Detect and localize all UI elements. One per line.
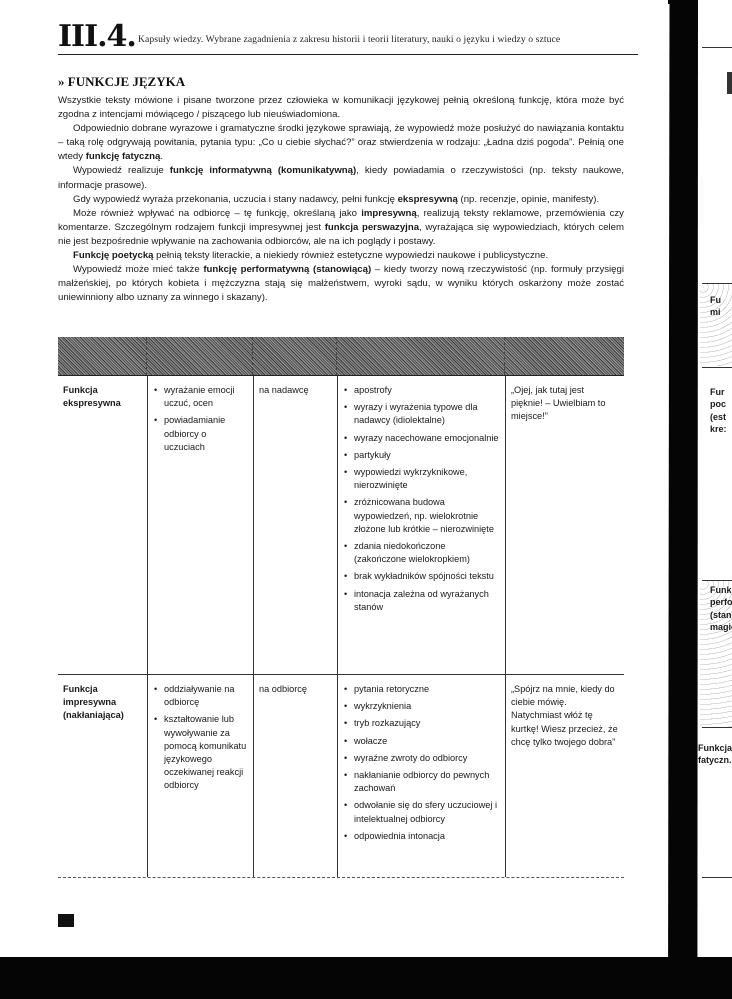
function-purpose: wyrażanie emocji uczuć, ocenpowiadamiani… — [147, 376, 253, 674]
paragraph: Może również wpływać na odbiorcę – tę fu… — [58, 207, 624, 249]
list-item: partykuły — [343, 449, 499, 462]
means-list: apostrofywyrazy i wyrażenia typowe dla n… — [343, 384, 499, 614]
section-title: » FUNKCJE JĘZYKA — [58, 74, 185, 90]
list-item: odpowiednia intonacja — [343, 830, 499, 843]
function-means: apostrofywyrazy i wyrażenia typowe dla n… — [337, 376, 505, 674]
list-item: brak wykładników spójności tekstu — [343, 570, 499, 583]
function-example: „Spójrz na mnie, kiedy do ciebie mówię. … — [505, 675, 624, 877]
book-page: III.4. Kapsuły wiedzy. Wybrane zagadnien… — [0, 0, 668, 957]
paragraph: Wszystkie teksty mówione i pisane tworzo… — [58, 94, 624, 122]
function-purpose: oddziaływanie na odbiorcękształtowanie l… — [147, 675, 253, 877]
adjacent-rule — [702, 367, 732, 368]
list-item: pytania retoryczne — [343, 683, 499, 696]
list-item: powiadamianie odbiorcy o uczuciach — [153, 414, 247, 454]
list-item: wypowiedzi wykrzyknikowe, nierozwinięte — [343, 466, 499, 492]
table-header — [58, 337, 624, 376]
running-title: Kapsuły wiedzy. Wybrane zagadnienia z za… — [138, 34, 560, 45]
adjacent-rule — [702, 877, 732, 878]
list-item: wołacze — [343, 735, 499, 748]
adjacent-rule — [702, 727, 732, 728]
header-cell — [337, 337, 505, 375]
chapter-number: III.4. — [58, 20, 136, 54]
purpose-list: oddziaływanie na odbiorcękształtowanie l… — [153, 683, 247, 793]
table-row: Funkcja ekspresywna wyrażanie emocji ucz… — [58, 376, 624, 675]
paragraph: Gdy wypowiedź wyraża przekonania, uczuci… — [58, 193, 624, 207]
running-head: III.4. Kapsuły wiedzy. Wybrane zagadnien… — [58, 20, 638, 55]
header-cell — [253, 337, 337, 375]
list-item: apostrofy — [343, 384, 499, 397]
list-item: wykrzyknienia — [343, 700, 499, 713]
adjacent-marker — [727, 72, 732, 94]
list-item: kształtowanie lub wywoływanie za pomocą … — [153, 713, 247, 792]
table-row: Funkcja impresywna (nakłaniająca) oddzia… — [58, 675, 624, 878]
adjacent-fragment: Funkcja fatyczn. — [698, 742, 732, 767]
adjacent-fragment: Fu mi — [710, 294, 721, 319]
function-focus: na odbiorcę — [253, 675, 337, 877]
header-cell — [505, 337, 624, 375]
header-cell — [58, 337, 147, 375]
list-item: odwołanie się do sfery uczuciowej i inte… — [343, 799, 499, 825]
list-item: zróżnicowana budowa wypowiedzeń, np. wie… — [343, 496, 499, 536]
function-name: Funkcja ekspresywna — [58, 376, 147, 674]
paragraph: Odpowiednio dobrane wyrazowe i gramatycz… — [58, 122, 624, 164]
paragraph: Wypowiedź może mieć także funkcję perfor… — [58, 263, 624, 305]
means-list: pytania retorycznewykrzyknieniatryb rozk… — [343, 683, 499, 843]
list-item: tryb rozkazujący — [343, 717, 499, 730]
scan-bottom-shadow — [0, 957, 732, 999]
paragraph: Wypowiedź realizuje funkcję informatywną… — [58, 164, 624, 192]
purpose-list: wyrażanie emocji uczuć, ocenpowiadamiani… — [153, 384, 247, 454]
adjacent-fragment: Fur poc (est kre: — [710, 386, 727, 436]
list-item: wyrazy i wyrażenia typowe dla nadawcy (i… — [343, 401, 499, 427]
adjacent-page: Fu mi Fur poc (est kre: Funkc perfo (sta… — [698, 0, 732, 957]
adjacent-fragment: Funkc perfo (stanc magic — [710, 584, 732, 634]
body-text: Wszystkie teksty mówione i pisane tworzo… — [58, 94, 624, 305]
function-name: Funkcja impresywna (nakłaniająca) — [58, 675, 147, 877]
list-item: wyraźne zwroty do odbiorcy — [343, 752, 499, 765]
list-item: oddziaływanie na odbiorcę — [153, 683, 247, 709]
list-item: nakłanianie odbiorcy do pewnych zachowań — [343, 769, 499, 795]
functions-table: Funkcja ekspresywna wyrażanie emocji ucz… — [58, 337, 624, 878]
list-item: zdania niedokończone (zakończone wielokr… — [343, 540, 499, 566]
header-cell — [147, 337, 253, 375]
list-item: intonacja zależna od wyrażanych stanów — [343, 588, 499, 614]
page-number-mark — [58, 914, 74, 927]
adjacent-rule — [702, 47, 732, 48]
list-item: wyrazy nacechowane emocjonalnie — [343, 432, 499, 445]
function-example: „Ojej, jak tutaj jest pięknie! – Uwielbi… — [505, 376, 624, 674]
paragraph: Funkcję poetycką pełnią teksty literacki… — [58, 249, 624, 263]
function-means: pytania retorycznewykrzyknieniatryb rozk… — [337, 675, 505, 877]
book-spine-shadow — [668, 0, 698, 999]
list-item: wyrażanie emocji uczuć, ocen — [153, 384, 247, 410]
function-focus: na nadawcę — [253, 376, 337, 674]
